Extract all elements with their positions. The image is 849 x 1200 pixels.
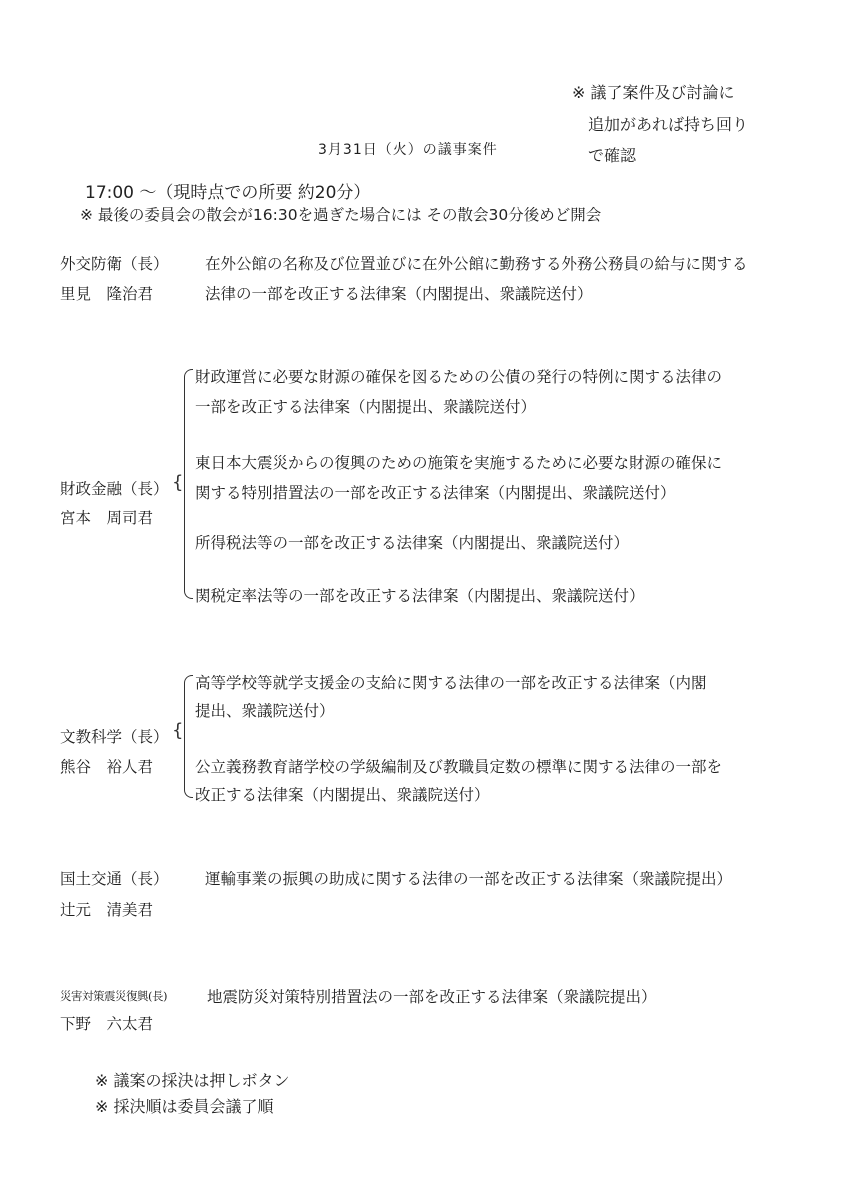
note-top-line-1: ※ 議了案件及び討論に [572, 80, 735, 106]
bill-line: 地震防災対策特別措置法の一部を改正する法律案（衆議院提出） [207, 985, 657, 1007]
page-title: 3月31日（火）の議事案件 [318, 139, 498, 159]
note-bottom-line-1: ※ 議案の採決は押しボタン [95, 1068, 290, 1091]
note-top-line-2: 追加があれば持ち回り [588, 112, 748, 138]
note-top-line-3: で確認 [588, 143, 636, 169]
bill-line: 関する特別措置法の一部を改正する法律案（内閣提出、衆議院送付） [195, 481, 676, 503]
brace-top [184, 369, 193, 378]
schedule-note: ※ 最後の委員会の散会が16:30を過ぎた場合には その散会30分後めど開会 [80, 203, 601, 225]
bill-line: 公立義務教育諸学校の学級編制及び教職員定数の標準に関する法律の一部を [195, 755, 722, 777]
committee-chair: 熊谷 裕人君 [60, 755, 153, 777]
schedule-time: 17:00 〜（現時点での所要 約20分） [85, 178, 370, 203]
bill-line: 改正する法律案（内閣提出、衆議院送付） [195, 783, 490, 805]
committee-name: 財政金融（長） [60, 477, 169, 499]
bill-line: 提出、衆議院送付） [195, 699, 335, 721]
committee-name: 災害対策震災復興(長) [60, 988, 167, 1004]
bill-line: 在外公館の名称及び位置並びに在外公館に勤務する外務公務員の給与に関する [205, 252, 748, 274]
brace-bottom [184, 590, 193, 599]
bill-line: 一部を改正する法律案（内閣提出、衆議院送付） [195, 395, 536, 417]
note-bottom-line-2: ※ 採決順は委員会議了順 [95, 1094, 274, 1117]
committee-chair: 宮本 周司君 [60, 506, 153, 528]
committee-chair: 辻元 清美君 [60, 898, 153, 920]
committee-chair: 下野 六太君 [60, 1012, 153, 1034]
brace-line [184, 377, 185, 590]
brace-top [184, 675, 193, 684]
bill-line: 関税定率法等の一部を改正する法律案（内閣提出、衆議院送付） [195, 584, 645, 606]
bill-line: 所得税法等の一部を改正する法律案（内閣提出、衆議院送付） [195, 531, 629, 553]
bill-line: 財政運営に必要な財源の確保を図るための公債の発行の特例に関する法律の [195, 365, 722, 387]
brace-line [184, 683, 185, 789]
bill-line: 法律の一部を改正する法律案（内閣提出、衆議院送付） [205, 282, 593, 304]
brace-point: { [172, 472, 183, 493]
committee-chair: 里見 隆治君 [60, 282, 153, 304]
bill-line: 運輸事業の振興の助成に関する法律の一部を改正する法律案（衆議院提出） [205, 867, 732, 889]
bill-line: 東日本大震災からの復興のための施策を実施するために必要な財源の確保に [195, 451, 722, 473]
committee-name: 国土交通（長） [60, 867, 169, 889]
bill-line: 高等学校等就学支援金の支給に関する法律の一部を改正する法律案（内閣 [195, 671, 707, 693]
brace-point: { [172, 720, 183, 741]
committee-name: 外交防衛（長） [60, 252, 169, 274]
brace-bottom [184, 789, 193, 798]
committee-name: 文教科学（長） [60, 725, 169, 747]
